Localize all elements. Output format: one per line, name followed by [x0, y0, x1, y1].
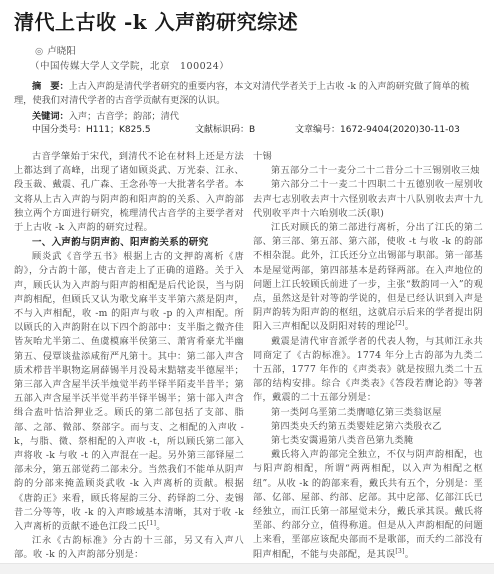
doc-code-label: 文献标识码： — [195, 125, 249, 135]
right-column: 十锡 第五部分二十一麦分二十二昔分二十三锡别收三烛 第六部分二十一麦二十四职二十… — [253, 150, 483, 562]
keywords-text: 入声；古音学；韵部；清代 — [69, 111, 179, 122]
left-column: 古音学肇始于宋代，到清代不论在材料上还是方法上都达到了高峰，出现了诸如顾炎武、万… — [14, 150, 244, 574]
article-number: 文章编号：1672-9404(2020)30-11-03 — [295, 122, 460, 135]
abstract-text: 上古入声韵是清代学者研究的重要内容，本文对清代学者关于上古收 -k 的入声韵研究… — [14, 81, 469, 106]
abstract-label: 摘 要： — [32, 81, 69, 92]
citation-ref[interactable]: [3] — [395, 548, 404, 555]
paragraph-gu-yanwu: 顾炎武《音学五书》根据上古的文押韵离析《唐韵》，分古韵十部，使古音走上了正确的道… — [14, 250, 244, 534]
author-affiliation: （中国传媒大学人文学院，北京 100024） — [30, 58, 229, 72]
paragraph-jiang-yong: 江永《古韵标准》分古韵十三部，另又有入声八部。收 -k 的入声韵部分别是： — [14, 534, 244, 562]
paragraph-end: 。 — [405, 549, 415, 560]
article-no-value: 1672-9404(2020)30-11-03 — [340, 125, 460, 135]
article-title: 清代上古收 -k 入声韵研究综述 — [14, 6, 298, 35]
class-line: 第七类安霭遏第八类音邑第九类腌 — [253, 434, 483, 448]
paragraph-end: 。 — [405, 321, 415, 332]
author-name: 卢晓阳 — [47, 46, 76, 57]
section-heading: 一、入声韵与阴声韵、阳声韵关系的研究 — [14, 236, 244, 250]
citation-ref[interactable]: [1] — [147, 520, 156, 527]
rhyme-list-item: 第五部分二十一麦分二十二昔分二十三锡别收三烛 — [253, 164, 483, 178]
class-line: 第一类阿乌垩第二类膺噫亿第三类翁讴屋 — [253, 406, 483, 420]
abstract: 摘 要：上古入声韵是清代学者研究的重要内容，本文对清代学者关于上古收 -k 的入… — [14, 80, 484, 108]
paragraph-jiang-analysis: 江氏对顾氏的第二部进行离析，分出了江氏的第二部、第三部、第五部、第六部，使收 -… — [253, 221, 483, 335]
author-line: ◎卢晓阳 — [35, 43, 76, 57]
paragraph-text: 江氏对顾氏的第二部进行离析，分出了江氏的第二部、第三部、第五部、第六部，使收 -… — [253, 222, 483, 332]
clc-value: H111；K825.5 — [86, 125, 151, 135]
citation-ref[interactable]: [2] — [395, 320, 404, 327]
clc-label: 中国分类号： — [32, 125, 86, 135]
article-no-label: 文章编号： — [295, 125, 340, 135]
document-code: 文献标识码：B — [195, 122, 255, 135]
paragraph-dai-zhen: 戴震是清代审音派学者的代表人物，与其师江永共同商定了《古韵标准》。1774 年分… — [253, 335, 483, 406]
page-bottom-strip — [0, 563, 494, 574]
paragraph-dai-analysis: 戴氏将入声韵部完全独立，不仅与阴声韵相配，也与阳声韵相配，所谓“两两相配，以入声… — [253, 448, 483, 562]
paragraph-end: 。 — [156, 521, 166, 532]
paragraph-text: 戴氏将入声韵部完全独立，不仅与阴声韵相配，也与阳声韵相配，所谓“两两相配，以入声… — [253, 449, 483, 559]
keywords-label: 关键词： — [32, 111, 69, 122]
keywords: 关键词：入声；古音学；韵部；清代 — [32, 108, 179, 122]
intro-paragraph: 古音学肇始于宋代，到清代不论在材料上还是方法上都达到了高峰，出现了诸如顾炎武、万… — [14, 150, 244, 235]
clc-number: 中国分类号：H111；K825.5 — [32, 122, 151, 135]
paragraph-text: 顾炎武《音学五书》根据上古的文押韵离析《唐韵》，分古韵十部，使古音走上了正确的道… — [14, 251, 244, 532]
doc-code-value: B — [249, 125, 255, 135]
class-line: 第四类央夭约第五类婴娃戹第六类殷衣乙 — [253, 420, 483, 434]
rhyme-list-item: 第六部分二十一麦二十四职二十五德别收一屋别收去声七志别收去声十六怪别收去声十八队… — [253, 178, 483, 221]
continued-line: 十锡 — [253, 150, 483, 164]
author-mark-icon: ◎ — [35, 46, 43, 57]
